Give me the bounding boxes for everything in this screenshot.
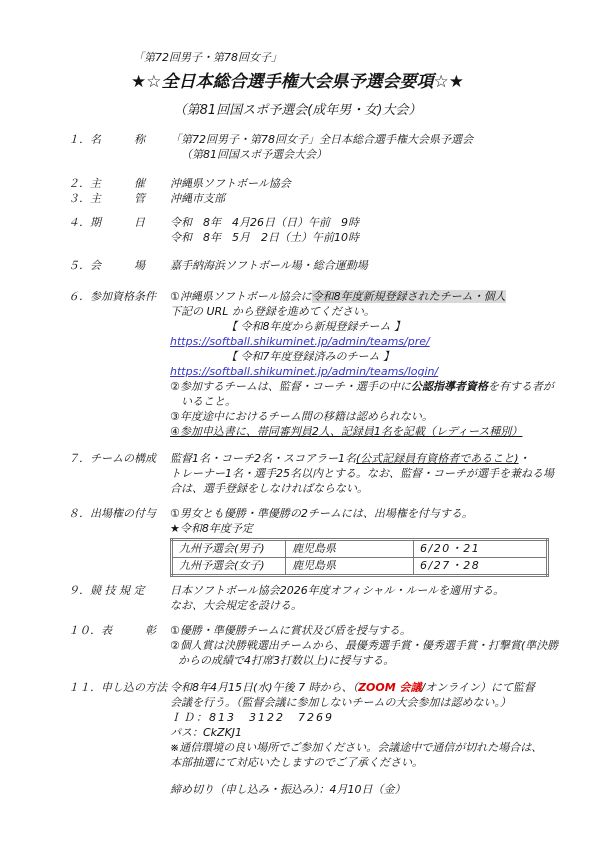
eligibility-line7-tail: を有する者が: [488, 380, 554, 393]
doc-subtitle: （第81回国スポ予選会(成年男・女)大会）: [0, 102, 595, 119]
qualification-table: 九州予選会(男子) 鹿児島県 6/20・21 九州予選会(女子) 鹿児島県 6/…: [170, 538, 549, 577]
item-awards: １０．表 彰 ①優勝・準優勝チームに賞状及び盾を授与する。 ②個人賞は決勝戦選出…: [68, 623, 555, 668]
table-cell-place: 鹿児島県: [286, 540, 414, 558]
team-composition-line1: 監督1名・コーチ2名・スコアラー1名(公式記録員有資格者であること)・: [170, 451, 555, 466]
application-note-line2: 本部抽選にて対応いたしますのでご了承ください。: [170, 755, 555, 770]
item-venue-value: 嘉手納海浜ソフトボール場・総合運動場: [170, 258, 555, 273]
item-application: １１．申し込の方法 令和8年4月15日(水)午後 7 時から、（ZOOM 会議/…: [68, 680, 555, 770]
rules-line1: 日本ソフトボール協会2026年度オフィシャル・ルールを適用する。: [170, 583, 555, 598]
eligibility-line7: ②参加するチームは、監督・コーチ・選手の中に公認指導者資格を有する者が: [170, 379, 555, 394]
item-host-value: 沖縄県ソフトボール協会: [170, 176, 555, 191]
item-admin-label: ３．主 管: [68, 191, 170, 206]
eligibility-line1-text: ①沖縄県ソフトボール協会に: [170, 290, 312, 303]
item-dates-line2: 令和 8年 5月 2日（土）午前10時: [170, 230, 555, 245]
item-rules-label: ９．競 技 規 定: [68, 583, 170, 598]
document-page: 「第72回男子・第78回女子」 ★☆全日本総合選手権大会県予選会要項☆★ （第8…: [0, 0, 595, 841]
zoom-meeting-emphasis: ZOOM 会議: [358, 681, 421, 694]
item-dates: ４．期 日 令和 8年 4月26日（日）午前 9時 令和 8年 5月 2日（土）…: [68, 215, 555, 245]
eligibility-line2: 下記の URL から登録を進めてください。: [170, 304, 555, 319]
item-admin-value: 沖縄市支部: [170, 191, 555, 206]
eligibility-line8: いること。: [170, 394, 555, 409]
awards-line2: ②個人賞は決勝戦選出チームから、最優秀選手賞・優秀選手賞・打撃賞(準決勝: [170, 638, 555, 653]
qualification-schedule-heading: ★令和8年度予定: [170, 521, 555, 536]
item-venue-label: ５．会 場: [68, 258, 170, 273]
item-name-line2: （第81回国スポ予選会大会）: [170, 147, 555, 162]
eligibility-line9: ③年度途中におけるチーム間の移籍は認められない。: [170, 409, 555, 424]
application-line1-tail: /オンライン）にて監督: [422, 681, 535, 694]
eligibility-line7-text: ②参加するチームは、監督・コーチ・選手の中に: [170, 380, 411, 393]
table-cell-date: 6/20・21: [414, 540, 548, 558]
item-admin: ３．主 管 沖縄市支部: [68, 191, 555, 206]
scorer-qualification-underline: (公式記録員有資格者であること): [356, 452, 519, 465]
certified-coach-emphasis: 公認指導者資格: [411, 380, 488, 393]
item-name-label: １．名 称: [68, 132, 170, 147]
team-composition-line1-tail: ・: [519, 452, 530, 465]
new-team-bracket-heading: 【 令和8年度から新規登録チーム 】: [170, 319, 555, 334]
application-line1-text: 令和8年4月15日(水)午後 7 時から、（: [170, 681, 358, 694]
team-composition-line1-text: 監督1名・コーチ2名・スコアラー1名: [170, 452, 356, 465]
item-qualification-label: ８．出場権の付与: [68, 506, 170, 521]
url-login-link[interactable]: https://softball.shikuminet.jp/admin/tea…: [170, 365, 438, 378]
item-name: １．名 称 「第72回男子・第78回女子」全日本総合選手権大会県予選会 （第81…: [68, 132, 555, 162]
team-composition-line2: トレーナー1名・選手25名以内とする。なお、監督・コーチが選手を兼ねる場: [170, 466, 555, 481]
qualification-line1: ①男女とも優勝・準優勝の2チームには、出場権を付与する。: [170, 506, 555, 521]
eligibility-line10-underlined: ④参加申込書に、帯同審判員2人、記録員1名を記載（レディース種別）: [170, 424, 555, 439]
item-dates-label: ４．期 日: [68, 215, 170, 230]
new-registration-highlight: 令和8年度新規登録されたチーム・個人: [312, 290, 506, 303]
awards-line3: からの成績で4打席3打数以上)に授与する。: [170, 653, 555, 668]
table-cell-event: 九州予選会(男子): [172, 540, 286, 558]
awards-line1: ①優勝・準優勝チームに賞状及び盾を授与する。: [170, 623, 555, 638]
item-name-line1: 「第72回男子・第78回女子」全日本総合選手権大会県予選会: [170, 132, 555, 147]
application-line1: 令和8年4月15日(水)午後 7 時から、（ZOOM 会議/オンライン）にて監督: [170, 680, 555, 695]
item-team-composition-label: ７．チームの構成: [68, 451, 170, 466]
rules-line2: なお、大会規定を設ける。: [170, 598, 555, 613]
registered-team-bracket-heading: 【 令和7年度登録済みのチーム 】: [170, 349, 555, 364]
table-row: 九州予選会(男子) 鹿児島県 6/20・21: [172, 540, 548, 558]
item-rules: ９．競 技 規 定 日本ソフトボール協会2026年度オフィシャル・ルールを適用す…: [68, 583, 555, 613]
url-pre-registration-link[interactable]: https://softball.shikuminet.jp/admin/tea…: [170, 335, 430, 348]
item-venue: ５．会 場 嘉手納海浜ソフトボール場・総合運動場: [68, 258, 555, 273]
item-qualification: ８．出場権の付与 ①男女とも優勝・準優勝の2チームには、出場権を付与する。 ★令…: [68, 506, 555, 577]
application-line2: 会議を行う。（監督会議に参加しないチームの大会参加は認めない。）: [170, 695, 555, 710]
application-note-line1: ※通信環境の良い場所でご参加ください。会議途中で通信が切れた場合は、: [170, 740, 555, 755]
item-team-composition: ７．チームの構成 監督1名・コーチ2名・スコアラー1名(公式記録員有資格者である…: [68, 451, 555, 496]
item-awards-label: １０．表 彰: [68, 623, 170, 638]
table-cell-event: 九州予選会(女子): [172, 558, 286, 576]
item-host-label: ２．主 催: [68, 176, 170, 191]
table-cell-place: 鹿児島県: [286, 558, 414, 576]
deadline-line: 締め切り（申し込み・振込み）：4月10日（金）: [170, 782, 555, 797]
item-host: ２．主 催 沖縄県ソフトボール協会: [68, 176, 555, 191]
eligibility-line1: ①沖縄県ソフトボール協会に令和8年度新規登録されたチーム・個人: [170, 289, 555, 304]
meeting-id-value: ＩＤ：813 3122 7269: [170, 710, 555, 725]
meeting-pass-value: パス：CkZKJ1: [170, 725, 555, 740]
team-composition-line3: 合は、選手登録をしなければならない。: [170, 481, 555, 496]
edition-line: 「第72回男子・第78回女子」: [133, 50, 595, 65]
table-cell-date: 6/27・28: [414, 558, 548, 576]
item-dates-line1: 令和 8年 4月26日（日）午前 9時: [170, 215, 555, 230]
item-eligibility: ６．参加資格条件 ①沖縄県ソフトボール協会に令和8年度新規登録されたチーム・個人…: [68, 289, 555, 439]
item-eligibility-label: ６．参加資格条件: [68, 289, 170, 304]
item-application-label: １１．申し込の方法: [68, 680, 170, 695]
doc-header: 「第72回男子・第78回女子」 ★☆全日本総合選手権大会県予選会要項☆★ （第8…: [0, 50, 595, 119]
table-row: 九州予選会(女子) 鹿児島県 6/27・28: [172, 558, 548, 576]
doc-title: ★☆全日本総合選手権大会県予選会要項☆★: [0, 71, 595, 93]
